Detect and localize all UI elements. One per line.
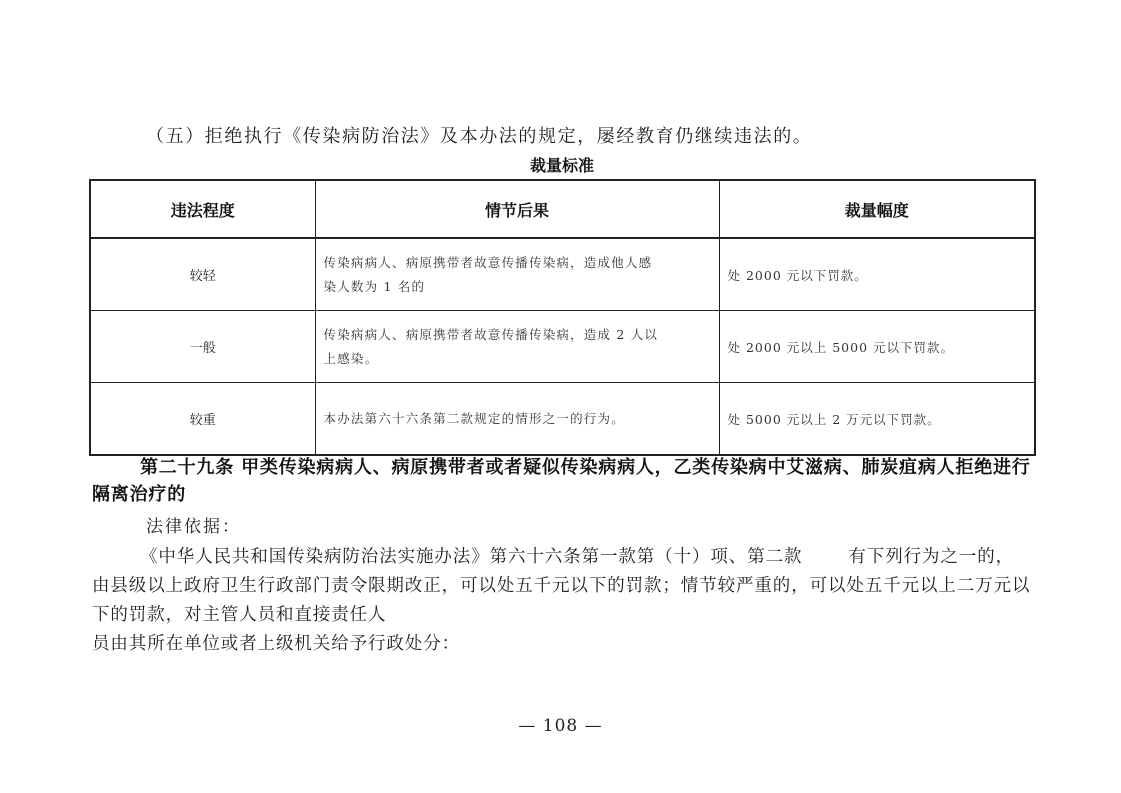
cell-consequence-line: 传染病病人、病原携带者故意传播传染病，造成 2 人以 (324, 323, 713, 347)
cell-consequence-line: 本办法第六十六条第二款规定的情形之一的行为。 (324, 407, 713, 431)
header-violation-level: 违法程度 (90, 180, 315, 238)
legal-basis-paragraph: 《中华人民共和国传染病防治法实施办法》第六十六条第一款第（十）项、第二款有下列行… (92, 543, 1032, 659)
page-number: — 108 — (0, 716, 1121, 736)
header-discretion-range: 裁量幅度 (719, 180, 1035, 238)
legal-basis-text-b: 员由其所在单位或者上级机关给予行政处分： (92, 634, 460, 654)
header-circumstance-consequence: 情节后果 (315, 180, 719, 238)
clause-item-five: （五）拒绝执行《传染病防治法》及本办法的规定，屡经教育仍继续违法的。 (146, 126, 812, 148)
cell-level: 较轻 (90, 238, 315, 311)
cell-level: 一般 (90, 311, 315, 383)
document-page: （五）拒绝执行《传染病防治法》及本办法的规定，屡经教育仍继续违法的。 裁量标准 … (0, 0, 1121, 793)
table-header-row: 违法程度 情节后果 裁量幅度 (90, 180, 1035, 238)
cell-consequence-line: 染人数为 1 名的 (324, 275, 713, 299)
cell-range: 处 5000 元以上 2 万元以下罚款。 (719, 383, 1035, 456)
table-caption: 裁量标准 (90, 156, 1034, 176)
legal-basis-source: 《中华人民共和国传染病防治法实施办法》第六十六条第一款第（十）项、第二款 (140, 547, 802, 567)
cell-level: 较重 (90, 383, 315, 456)
discretion-standard-table: 违法程度 情节后果 裁量幅度 较轻 传染病病人、病原携带者故意传播传染病，造成他… (89, 179, 1036, 456)
table-row: 较轻 传染病病人、病原携带者故意传播传染病，造成他人感 染人数为 1 名的 处 … (90, 238, 1035, 311)
cell-consequence: 本办法第六十六条第二款规定的情形之一的行为。 (315, 383, 719, 456)
cell-consequence-line: 上感染。 (324, 347, 713, 371)
cell-consequence: 传染病病人、病原携带者故意传播传染病，造成他人感 染人数为 1 名的 (315, 238, 719, 311)
legal-basis-label: 法律依据： (146, 516, 241, 538)
cell-consequence-line: 传染病病人、病原携带者故意传播传染病，造成他人感 (324, 251, 713, 275)
table-row: 较重 本办法第六十六条第二款规定的情形之一的行为。 处 5000 元以上 2 万… (90, 383, 1035, 456)
article-29-heading: 第二十九条 甲类传染病病人、病原携带者或者疑似传染病病人，乙类传染病中艾滋病、肺… (92, 454, 1032, 508)
cell-range: 处 2000 元以下罚款。 (719, 238, 1035, 311)
cell-consequence: 传染病病人、病原携带者故意传播传染病，造成 2 人以 上感染。 (315, 311, 719, 383)
article-29-text: 第二十九条 甲类传染病病人、病原携带者或者疑似传染病病人，乙类传染病中艾滋病、肺… (92, 457, 1031, 505)
cell-range: 处 2000 元以上 5000 元以下罚款。 (719, 311, 1035, 383)
table-row: 一般 传染病病人、病原携带者故意传播传染病，造成 2 人以 上感染。 处 200… (90, 311, 1035, 383)
